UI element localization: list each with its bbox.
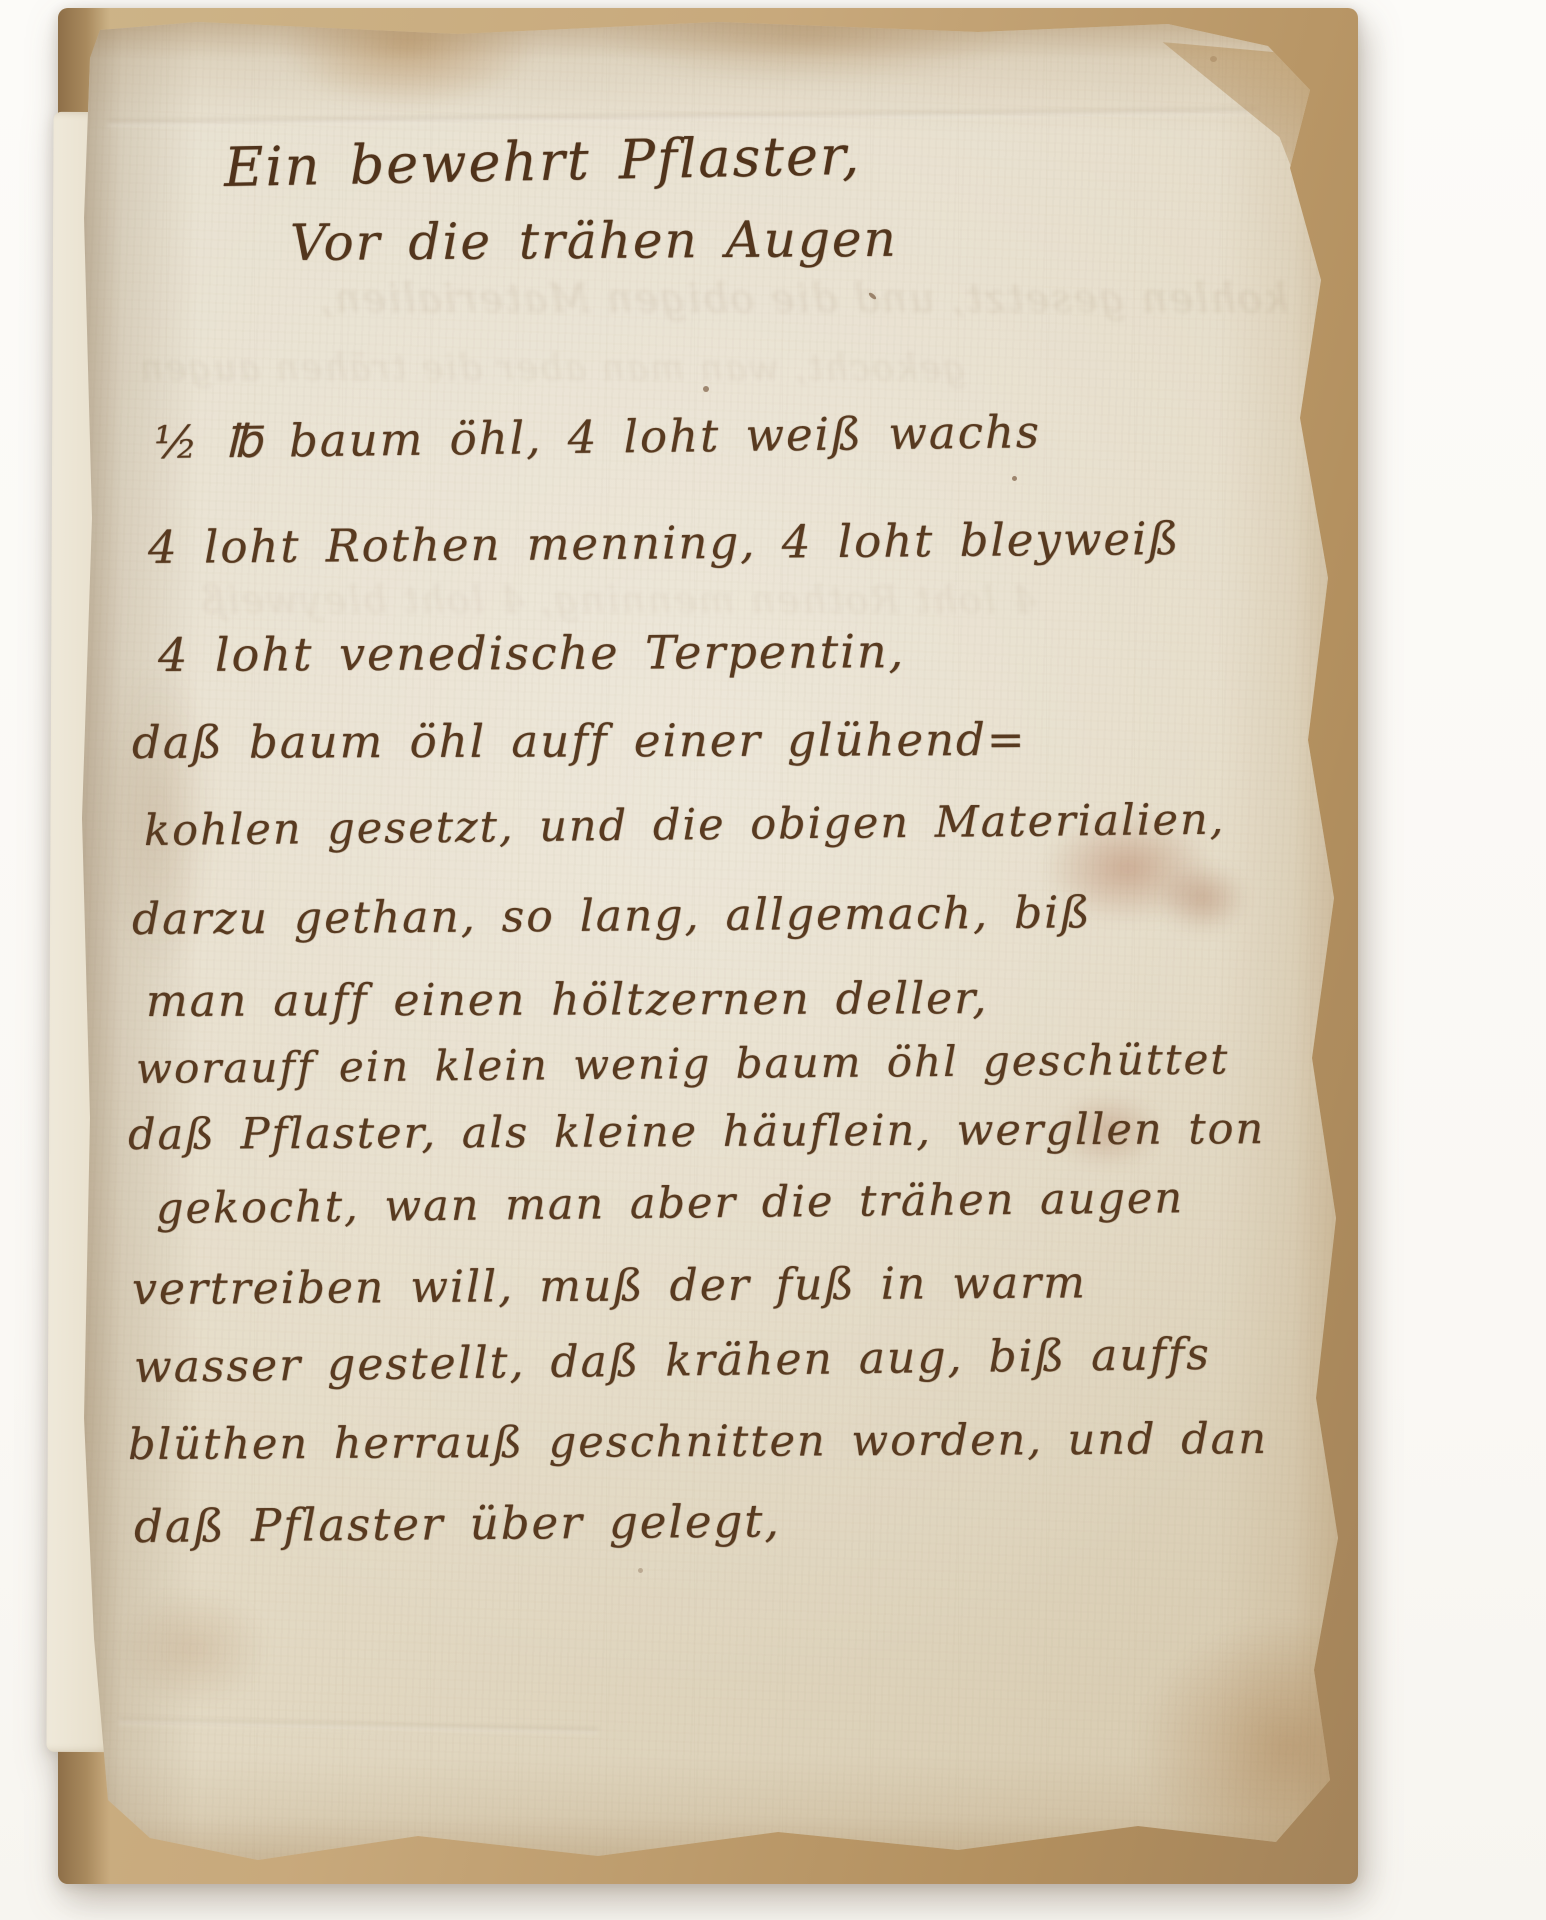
text-line: wasser gestellt, daß krähen aug, biß auf… xyxy=(134,1329,1211,1393)
handwritten-text-block: Ein bewehrt Pflaster, Vor die trähen Aug… xyxy=(78,18,1353,1866)
text-line: 4 loht venedische Terpentin, xyxy=(158,624,905,682)
title-line: Ein bewehrt Pflaster, xyxy=(223,124,861,199)
text-line: man auff einen höltzernen deller, xyxy=(146,973,989,1027)
text-line: daß baum öhl auff einer glühend= xyxy=(132,713,1027,769)
text-line: ½ ℔ baum öhl, 4 loht weiß wachs xyxy=(154,405,1042,469)
text-line: blüthen herrauß geschnitten worden, und … xyxy=(128,1414,1268,1470)
manuscript-page: kohlen gesetzt, und die obigen Materiali… xyxy=(78,18,1353,1866)
text-line: darzu gethan, so lang, allgemach, biß xyxy=(132,887,1092,945)
photograph-backdrop: kohlen gesetzt, und die obigen Materiali… xyxy=(0,0,1546,1920)
manuscript-book: kohlen gesetzt, und die obigen Materiali… xyxy=(0,0,1546,1920)
text-line: 4 loht Rothen menning, 4 loht bleyweiß xyxy=(148,512,1181,574)
text-line: vertreiben will, muß der fuß in warm xyxy=(132,1257,1087,1315)
text-line: worauff ein klein wenig baum öhl geschüt… xyxy=(136,1034,1230,1093)
text-line: daß Pflaster, als kleine häuflein, wergl… xyxy=(128,1104,1265,1160)
text-line: gekocht, wan man aber die trähen augen xyxy=(156,1173,1185,1234)
text-line: daß Pflaster über gelegt, xyxy=(134,1494,781,1553)
title-line: Vor die trähen Augen xyxy=(290,210,898,272)
text-line: kohlen gesetzt, und die obigen Materiali… xyxy=(144,795,1226,856)
